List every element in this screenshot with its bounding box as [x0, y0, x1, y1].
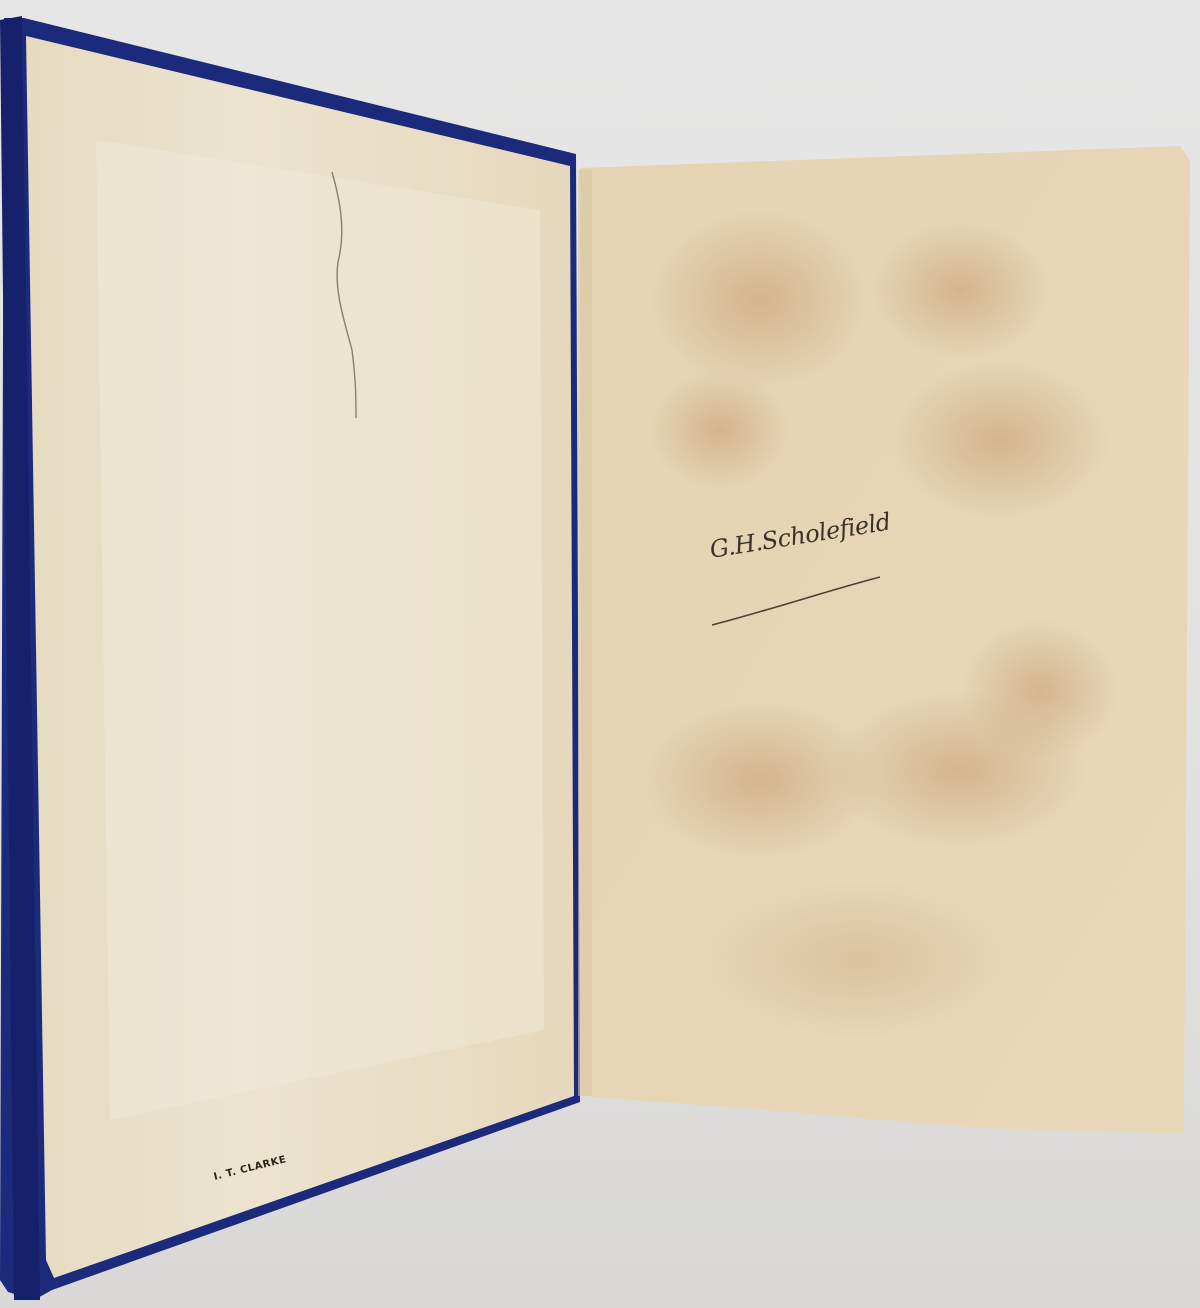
endpaper-offset-shadow: [96, 140, 544, 1120]
photo-scene: I. T. CLARKE G.H.Scholefield: [0, 0, 1200, 1308]
open-book: [0, 0, 1200, 1308]
gutter-shadow: [578, 170, 592, 1096]
